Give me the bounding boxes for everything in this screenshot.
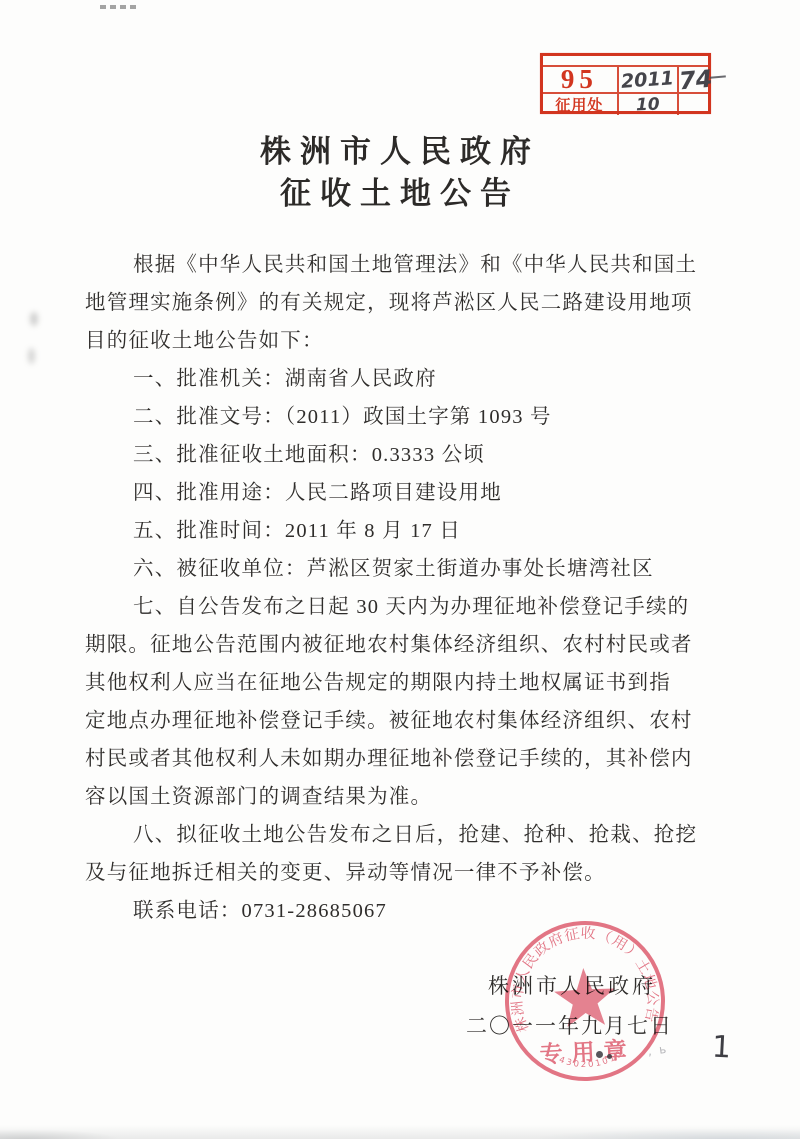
stamp-handwritten-subnumber: 10 (636, 94, 660, 115)
scan-bottom-shadow-corner (0, 1129, 120, 1139)
body-line: 定地点办理征地补偿登记手续。被征地农村集体经济组织、农村 (85, 702, 717, 740)
page-number: 1 (711, 1030, 732, 1066)
body-line: 根据《中华人民共和国土地管理法》和《中华人民共和国土 (85, 246, 717, 284)
scan-artifact-margin-smudge (28, 348, 35, 364)
scan-artifact-margin-smudge (30, 312, 38, 326)
body-line: 三、批准征收土地面积：0.3333 公顷 (85, 436, 717, 474)
body-line: 二、批准文号：（2011）政国土字第 1093 号 (85, 398, 717, 436)
body-line: 及与征地拆迁相关的变更、异动等情况一律不予补偿。 (85, 854, 717, 892)
stamp-serial-cell: 95 (542, 65, 619, 92)
official-seal: 株洲市人民政府征收（用）土地公告 专用章 4302010104788 (496, 912, 675, 1091)
body-text: 根据《中华人民共和国土地管理法》和《中华人民共和国土地管理实施条例》的有关规定，… (85, 246, 717, 930)
body-line: 地管理实施条例》的有关规定，现将芦淞区人民二路建设用地项 (85, 284, 717, 322)
stamp-subnumber-cell: 10 (619, 92, 679, 115)
stamp-office-label: 征用处 (555, 94, 603, 115)
scan-bottom-shadow (0, 1125, 800, 1139)
body-line: 四、批准用途：人民二路项目建设用地 (85, 474, 717, 512)
stamp-serial-number: 95 (561, 66, 598, 93)
scan-bottom-shadow-right (540, 1129, 800, 1139)
document-title-subject: 征收土地公告 (0, 168, 800, 213)
body-line: 八、拟征收土地公告发布之日后，抢建、抢种、抢栽、抢挖 (85, 816, 717, 854)
body-line: 村民或者其他权利人未如期办理征地补偿登记手续的，其补偿内 (85, 740, 717, 778)
scan-artifact-top-dashes (100, 5, 138, 9)
stamp-year-cell: 2011 (619, 65, 679, 92)
seal-star-icon (553, 966, 617, 1027)
stamp-number-cell: 74 (679, 65, 709, 92)
stamp-office-cell: 征用处 (542, 92, 619, 115)
body-line: 七、自公告发布之日起 30 天内为办理征地补偿登记手续的 (85, 588, 717, 626)
registry-stamp-grid: 95 2011 74 征用处 10 (542, 65, 709, 112)
body-line: 期限。征地公告范围内被征地农村集体经济组织、农村村民或者 (85, 626, 717, 664)
document-page: 95 2011 74 征用处 10 株洲市人民政府 征收土地公告 根据《中华人民… (0, 0, 800, 1139)
body-line: 一、批准机关：湖南省人民政府 (85, 360, 717, 398)
body-line: 五、批准时间：2011 年 8 月 17 日 (85, 512, 717, 550)
body-line: 其他权利人应当在征地公告规定的期限内持土地权属证书到指 (85, 664, 717, 702)
body-line: 目的征收土地公告如下： (85, 322, 717, 360)
body-line: 容以国土资源部门的调查结果为准。 (85, 778, 717, 816)
stamp-handwritten-number: 74 (678, 64, 714, 95)
stamp-handwritten-year: 2011 (621, 67, 675, 93)
document-title-issuer: 株洲市人民政府 (0, 126, 800, 171)
stamp-empty-cell (679, 92, 709, 115)
body-line: 六、被征收单位：芦淞区贺家土街道办事处长塘湾社区 (85, 550, 717, 588)
registry-stamp: 95 2011 74 征用处 10 (540, 53, 711, 114)
